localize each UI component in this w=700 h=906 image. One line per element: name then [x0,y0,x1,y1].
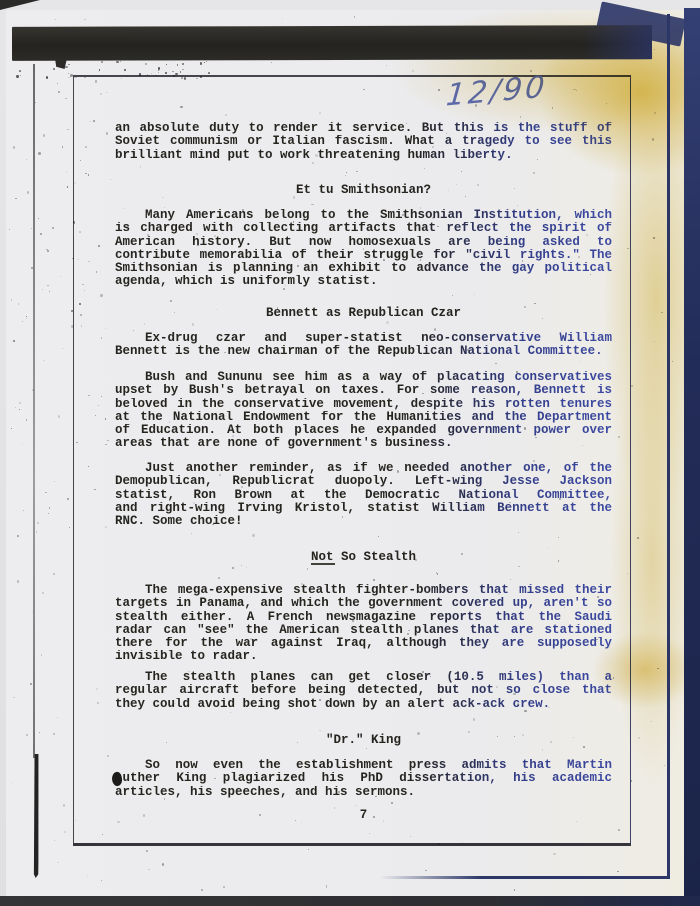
text-line: regular aircraft before being detected, … [115,684,612,697]
section-heading: "Dr." King [115,734,612,747]
scan-edge-line-horizontal [380,876,670,879]
text-line: Bush and Sununu see him as a way of plac… [115,371,612,384]
paragraph: Just another reminder, as if we needed a… [115,462,612,528]
text-line: Just another reminder, as if we needed a… [115,462,612,475]
section-heading: Et tu Smithsonian? [115,184,612,197]
text-line: is charged with collecting artifacts tha… [115,222,612,235]
text-line: The mega-expensive stealth fighter-bombe… [115,584,612,597]
text-line: articles, his speeches, and his sermons. [115,786,612,799]
paragraph: So now even the establishment press admi… [115,759,612,799]
paragraph: Bush and Sununu see him as a way of plac… [115,371,612,451]
section-heading: Not So Stealth [115,551,612,564]
paragraph: an absolute duty to render it service. B… [115,122,612,162]
text-line: radar can "see" the American stealth pla… [115,624,612,637]
text-line: Many Americans belong to the Smithsonian… [115,209,612,222]
text-line: an absolute duty to render it service. B… [115,122,612,135]
text-line: The stealth planes can get closer (10.5 … [115,671,612,684]
scanner-bed-bottom [0,896,700,906]
text-line: Bennett is the new chairman of the Repub… [115,345,612,358]
text-line: areas that are none of government's busi… [115,437,612,450]
heading-underline-artifact [311,563,335,565]
section-heading-text: Et tu Smithsonian? [115,184,612,197]
section-heading-text: Bennett as Republican Czar [115,307,612,320]
text-line: they could avoid being shot down by an a… [115,698,612,711]
text-line: RNC. Some choice! [115,515,612,528]
paragraph: Ex-drug czar and super-statist neo-conse… [115,332,612,359]
text-line: Luther King plagiarized his PhD disserta… [115,772,612,785]
scanned-page: an absolute duty to render it service. B… [0,0,700,906]
page-number: 7 [115,809,612,822]
redaction-bar [12,25,652,61]
text-line: So now even the establishment press admi… [115,759,612,772]
text-line: at the National Endowment for the Humani… [115,411,612,424]
text-line: and right-wing Irving Kristol, statist W… [115,502,612,515]
text-line: beloved in the conservative movement, de… [115,398,612,411]
text-line: brilliant mind put to work threatening h… [115,149,612,162]
text-line: Demopublican, Republicrat duopoly. Left-… [115,475,612,488]
corner-toner-mark [0,0,40,10]
scan-edge-line-vertical [667,14,670,878]
paragraph: Many Americans belong to the Smithsonian… [115,209,612,289]
text-line: contribute memorabilia of their struggle… [115,249,612,262]
text-line: American history. But now homosexuals ar… [115,236,612,249]
page-fold-line [33,64,35,758]
section-heading: Bennett as Republican Czar [115,307,612,320]
text-line: statist, Ron Brown at the Democratic Nat… [115,489,612,502]
text-line: invisible to radar. [115,650,612,663]
text-line: of Education. At both places he expanded… [115,424,612,437]
section-heading-text: Not So Stealth [115,551,612,564]
text-line: Ex-drug czar and super-statist neo-conse… [115,332,612,345]
text-line: agenda, which is uniformly statist. [115,275,612,288]
text-line: upset by Bush's betrayal on taxes. For s… [115,384,612,397]
section-heading-text: "Dr." King [115,734,612,747]
scanner-bed-right [684,8,700,906]
paragraph: The mega-expensive stealth fighter-bombe… [115,584,612,664]
page-number-text: 7 [115,809,612,822]
text-line: Soviet communism or Italian fascism. Wha… [115,135,612,148]
paragraph: The stealth planes can get closer (10.5 … [115,671,612,711]
text-line: there for the war against Iraq, although… [115,637,612,650]
text-line: stealth either. A French newsmagazine re… [115,611,612,624]
text-line: targets in Panama, and which the governm… [115,597,612,610]
text-line: Smithsonian is planning an exhibit to ad… [115,262,612,275]
